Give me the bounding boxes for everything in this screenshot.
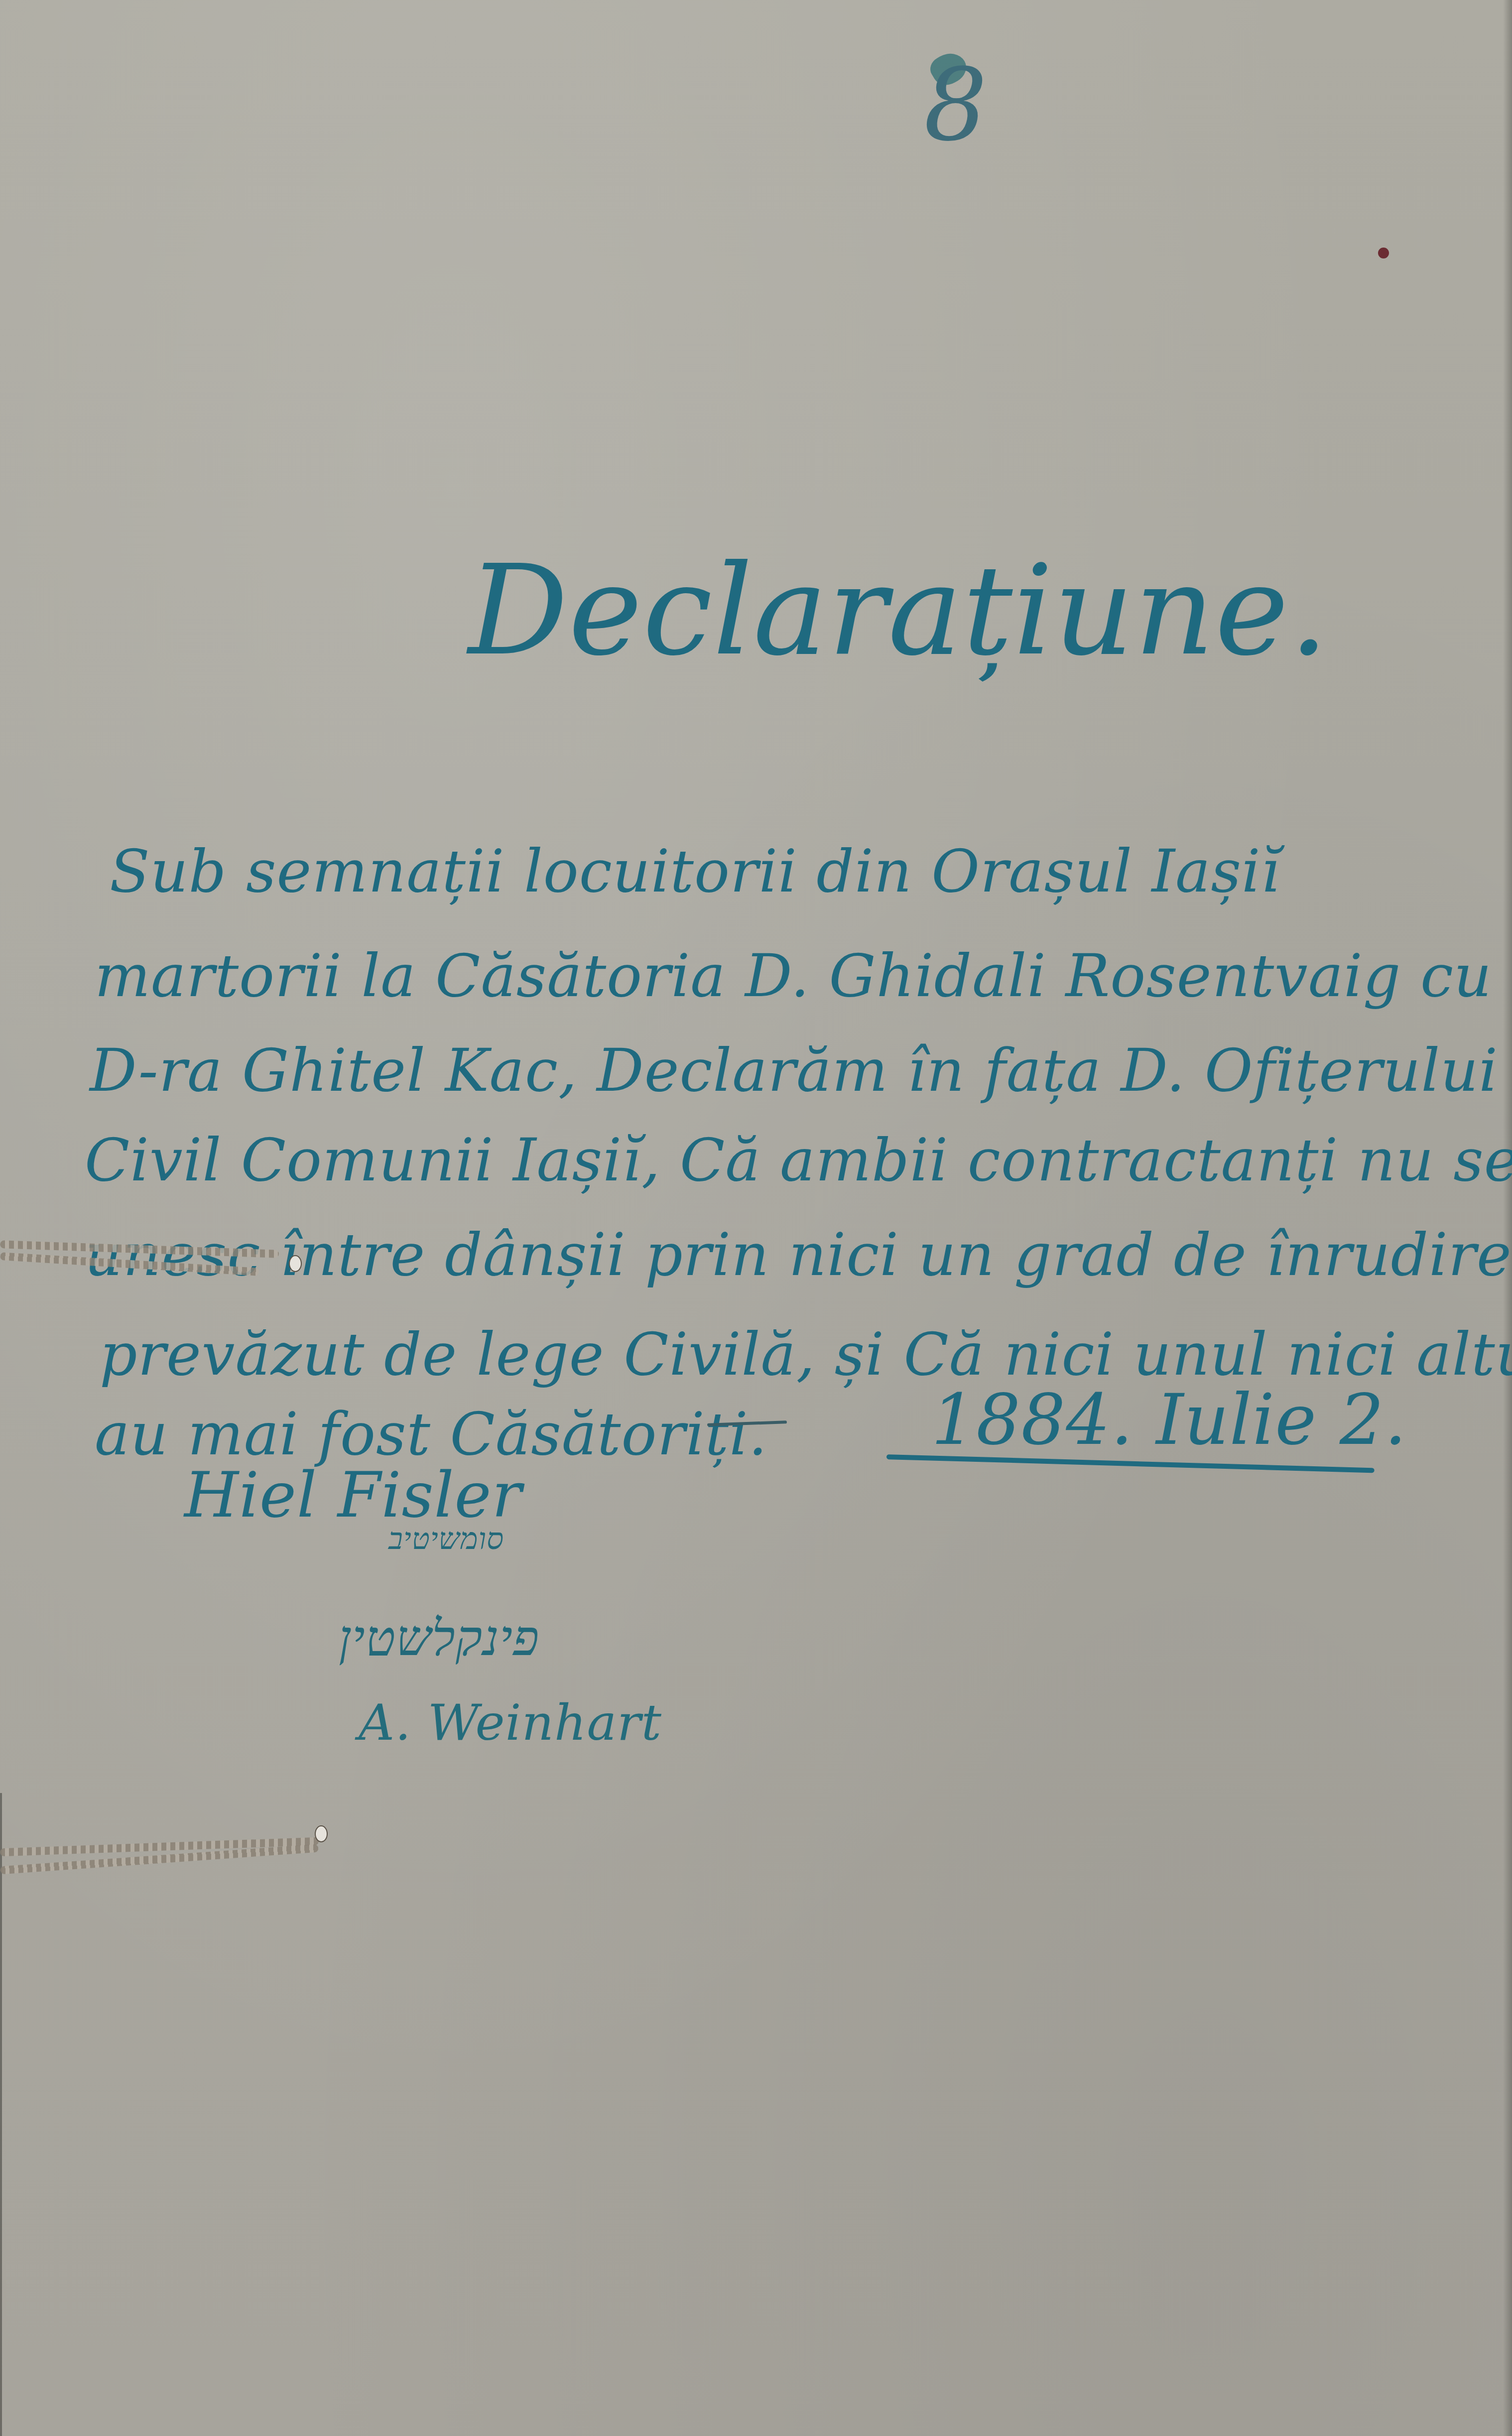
body-line-6: prevăzut de lege Civilă, și Că nici unul… [100, 1325, 1512, 1384]
document-date: 1884. Iulie 2. [931, 1380, 1407, 1461]
signature-hiel-fisler: Hiel Fisler [184, 1459, 522, 1532]
page-edge-left [0, 1793, 2, 2436]
body-line-2: martorii la Căsătoria D. Ghidali Rosentv… [95, 946, 1492, 1005]
body-line-3: D-ra Ghitel Kac, Declarăm în fața D. Ofi… [90, 1041, 1512, 1100]
document-title: Declarațiune. [468, 538, 1329, 683]
body-line-4: Civil Comunii Iașiĭ, Că ambii contractan… [85, 1131, 1512, 1189]
body-line-5: unesc între dânșii prin nici un grad de … [85, 1225, 1512, 1284]
hebrew-signature-line-1: סומשיטיב [388, 1522, 504, 1556]
hebrew-signature-line-2: פינקלשטין [339, 1609, 539, 1667]
document-page: 8 Declarațiune. Sub semnații locuitorii … [0, 0, 1512, 2436]
signature-weinhart: A. Weinhart [359, 1693, 662, 1752]
folio-number: 8 [924, 47, 988, 163]
body-line-7: au mai fost Căsătoriți. [95, 1405, 767, 1463]
page-edge-shadow [1503, 0, 1512, 2436]
binding-hole-upper [289, 1255, 302, 1272]
binding-hole-lower [315, 1825, 328, 1842]
red-ink-dot [1378, 248, 1389, 258]
body-line-1: Sub semnații locuitorii din Orașul Iașiĭ [110, 842, 1280, 900]
